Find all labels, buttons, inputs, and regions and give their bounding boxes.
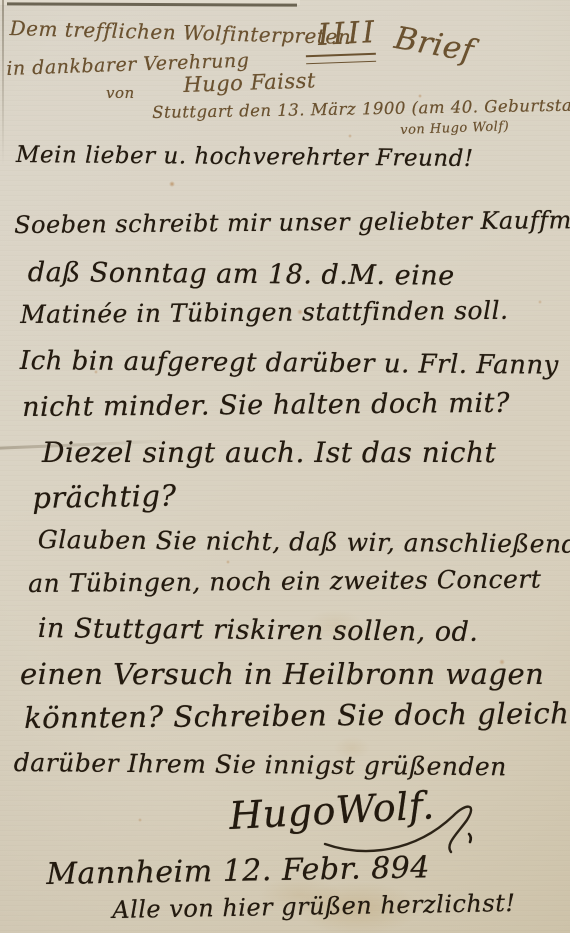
signature: HugoWolf.: [228, 783, 436, 838]
body-line-2: daß Sonntag am 18. d.M. eine: [28, 257, 455, 292]
body-line-1: Soeben schreibt mir unser geliebter Kauf…: [14, 206, 570, 239]
body-line-6: Diezel singt auch. Ist das nicht: [42, 436, 496, 469]
numeral-double-underline: [306, 53, 376, 64]
postscript-line: Alle von hier grüßen herzlichst!: [112, 889, 516, 924]
body-line-8: Glauben Sie nicht, daß wir, anschließend: [38, 525, 570, 559]
body-line-12: könnten? Schreiben Sie doch gleich: [24, 696, 570, 735]
dedication-signer: Hugo Faisst: [183, 68, 316, 97]
dedication-numeral: IIII: [317, 15, 378, 53]
body-line-11: einen Versuch in Heilbronn wagen: [20, 657, 544, 691]
page-top-edge-line: [7, 2, 297, 6]
dedication-dateline-1: Stuttgart den 13. März 1900 (am 40. Gebu…: [152, 95, 570, 122]
dedication-line-1: Dem trefflichen Wolfinterpreten: [9, 16, 351, 49]
place-date-line: Mannheim 12. Febr. 894: [46, 850, 430, 892]
body-line-7: prächtig?: [32, 478, 177, 515]
dedication-dateline-2: von Hugo Wolf): [400, 119, 509, 138]
dedication-numeral-word: Brief: [392, 20, 477, 69]
page-left-edge-line: [2, 0, 4, 165]
body-line-13: darüber Ihrem Sie innigst grüßenden: [14, 748, 507, 781]
body-line-9: an Tübingen, noch ein zweites Concert: [28, 565, 541, 598]
letter-page: Dem trefflichen Wolfinterpreten IIII Bri…: [0, 0, 570, 933]
body-line-3: Matinée in Tübingen stattfinden soll.: [20, 296, 509, 329]
dedication-line-2b: von: [106, 84, 135, 102]
body-line-5: nicht minder. Sie halten doch mit?: [22, 388, 510, 423]
salutation-line: Mein lieber u. hochverehrter Freund!: [16, 142, 474, 172]
body-line-10: in Stuttgart riskiren sollen, od.: [38, 613, 479, 648]
body-line-4: Ich bin aufgeregt darüber u. Frl. Fanny: [20, 346, 559, 381]
